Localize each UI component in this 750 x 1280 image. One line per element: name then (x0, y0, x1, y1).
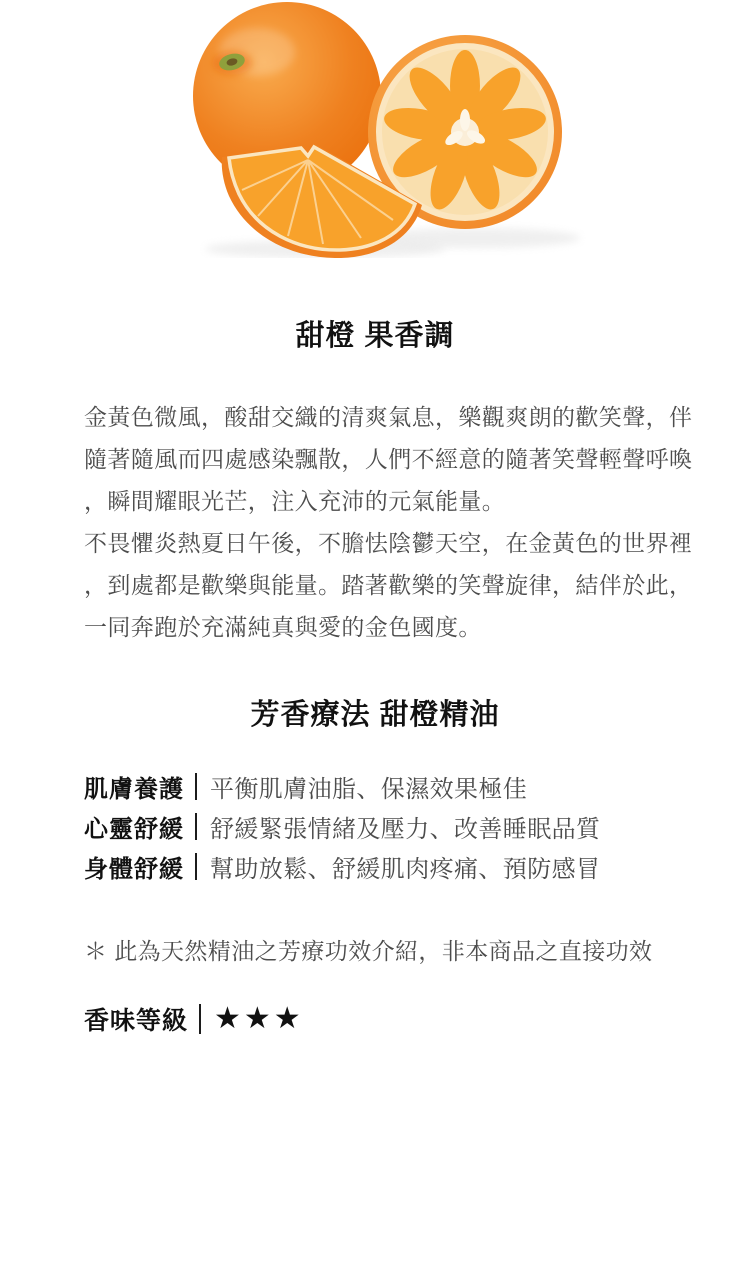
effect-row-mind: 心靈舒緩 舒緩緊張情緒及壓力、改善睡眠品質 (84, 806, 750, 846)
divider-bar (195, 853, 197, 880)
divider-bar (199, 1004, 201, 1034)
scent-description-line: 隨著隨風而四處感染飄散，人們不經意的隨著笑聲輕聲呼喚 (84, 438, 684, 480)
effect-row-skin: 肌膚養護 平衡肌膚油脂、保濕效果極佳 (84, 766, 750, 806)
orange-photo (145, 0, 605, 258)
scent-title: 甜橙 果香調 (0, 315, 750, 357)
scent-description-line: 金黃色微風，酸甜交織的清爽氣息，樂觀爽朗的歡笑聲，伴 (84, 396, 684, 438)
effect-description: 舒緩緊張情緒及壓力、改善睡眠品質 (210, 809, 600, 844)
star-rating: ★★★ (214, 1004, 304, 1034)
disclaimer-note: ＊ 此為天然精油之芳療功效介紹，非本商品之直接功效 (84, 930, 750, 972)
scent-description-line: ，瞬間耀眼光芒，注入充沛的元氣能量。 (84, 480, 684, 522)
effects-list: 肌膚養護 平衡肌膚油脂、保濕效果極佳 心靈舒緩 舒緩緊張情緒及壓力、改善睡眠品質… (84, 766, 750, 886)
effect-description: 平衡肌膚油脂、保濕效果極佳 (210, 769, 527, 804)
scent-description-line: 一同奔跑於充滿純真與愛的金色國度。 (84, 606, 684, 648)
scent-description-line: 不畏懼炎熱夏日午後，不膽怯陰鬱天空，在金黃色的世界裡 (84, 522, 684, 564)
effect-label: 身體舒緩 (84, 849, 184, 884)
effect-label: 肌膚養護 (84, 769, 184, 804)
divider-bar (195, 773, 197, 800)
effect-description: 幫助放鬆、舒緩肌肉疼痛、預防感冒 (210, 849, 600, 884)
scent-description: 金黃色微風，酸甜交織的清爽氣息，樂觀爽朗的歡笑聲，伴 隨著隨風而四處感染飄散，人… (84, 396, 684, 648)
effect-label: 心靈舒緩 (84, 809, 184, 844)
hero-figure (145, 0, 605, 258)
effect-row-body: 身體舒緩 幫助放鬆、舒緩肌肉疼痛、預防感冒 (84, 846, 750, 886)
fragrance-level-row: 香味等級 ★★★ (84, 998, 750, 1040)
fragrance-level-label: 香味等級 (84, 1001, 188, 1037)
divider-bar (195, 813, 197, 840)
aromatherapy-title: 芳香療法 甜橙精油 (0, 694, 750, 736)
scent-description-line: ，到處都是歡樂與能量。踏著歡樂的笑聲旋律，結伴於此， (84, 564, 684, 606)
